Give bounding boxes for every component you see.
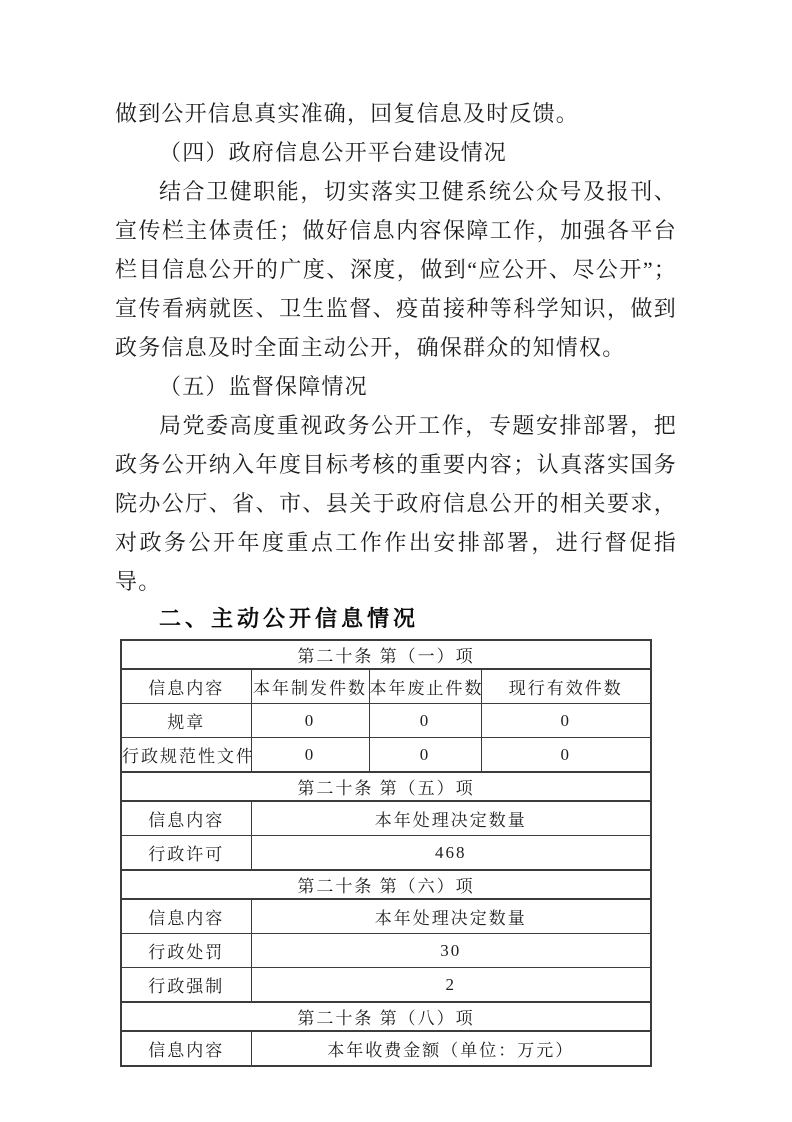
table-header-cell: 信息内容 — [121, 801, 251, 836]
table-header-cell: 现行有效件数 — [481, 669, 651, 704]
table-header-cell: 信息内容 — [121, 1031, 251, 1066]
document-content: 做到公开信息真实准确，回复信息及时反馈。 （四）政府信息公开平台建设情况 结合卫… — [115, 94, 677, 1067]
subsection-heading-4: （四）政府信息公开平台建设情况 — [115, 133, 677, 172]
table-cell: 行政处罚 — [121, 934, 251, 968]
body-paragraph: 结合卫健职能，切实落实卫健系统公众号及报刊、宣传栏主体责任；做好信息内容保障工作… — [115, 172, 677, 367]
table-cell: 0 — [251, 704, 369, 738]
table-section-title: 第二十条 第（六）项 — [121, 870, 651, 899]
table-cell: 行政强制 — [121, 968, 251, 1003]
table-cell: 0 — [251, 738, 369, 773]
table-row: 第二十条 第（一）项 — [121, 640, 651, 669]
document-page: 做到公开信息真实准确，回复信息及时反馈。 （四）政府信息公开平台建设情况 结合卫… — [0, 0, 792, 1122]
table-cell: 468 — [251, 836, 651, 871]
table-header-cell: 本年处理决定数量 — [251, 899, 651, 934]
table-header-cell: 本年处理决定数量 — [251, 801, 651, 836]
table-row: 第二十条 第（八）项 — [121, 1002, 651, 1031]
table-row: 行政强制 2 — [121, 968, 651, 1003]
table-row: 行政处罚 30 — [121, 934, 651, 968]
table-row: 第二十条 第（六）项 — [121, 870, 651, 899]
table-cell: 2 — [251, 968, 651, 1003]
table-header-cell: 本年收费金额（单位：万元） — [251, 1031, 651, 1066]
table-row: 行政许可 468 — [121, 836, 651, 871]
section-heading: 二、主动公开信息情况 — [115, 605, 677, 632]
table-section-title: 第二十条 第（八）项 — [121, 1002, 651, 1031]
table-row: 规章 0 0 0 — [121, 704, 651, 738]
table-cell: 规章 — [121, 704, 251, 738]
table-row: 信息内容 本年制发件数 本年废止件数 现行有效件数 — [121, 669, 651, 704]
table-row: 行政规范性文件 0 0 0 — [121, 738, 651, 773]
subsection-heading-5: （五）监督保障情况 — [115, 367, 677, 406]
table-cell: 行政规范性文件 — [121, 738, 251, 773]
table-header-cell: 本年制发件数 — [251, 669, 369, 704]
table-cell: 0 — [369, 738, 481, 773]
table-cell: 行政许可 — [121, 836, 251, 871]
table-row: 第二十条 第（五）项 — [121, 772, 651, 801]
table-header-cell: 本年废止件数 — [369, 669, 481, 704]
body-paragraph: 局党委高度重视政务公开工作，专题安排部署，把政务公开纳入年度目标考核的重要内容；… — [115, 406, 677, 601]
table-header-cell: 信息内容 — [121, 899, 251, 934]
table-header-cell: 信息内容 — [121, 669, 251, 704]
table-cell: 0 — [369, 704, 481, 738]
table-cell: 0 — [481, 704, 651, 738]
table-cell: 30 — [251, 934, 651, 968]
table-row: 信息内容 本年收费金额（单位：万元） — [121, 1031, 651, 1066]
table-row: 信息内容 本年处理决定数量 — [121, 899, 651, 934]
table-cell: 0 — [481, 738, 651, 773]
table-row: 信息内容 本年处理决定数量 — [121, 801, 651, 836]
table-section-title: 第二十条 第（五）项 — [121, 772, 651, 801]
table-section-title: 第二十条 第（一）项 — [121, 640, 651, 669]
body-paragraph: 做到公开信息真实准确，回复信息及时反馈。 — [115, 94, 677, 133]
disclosure-table: 第二十条 第（一）项 信息内容 本年制发件数 本年废止件数 现行有效件数 规章 … — [120, 639, 652, 1067]
